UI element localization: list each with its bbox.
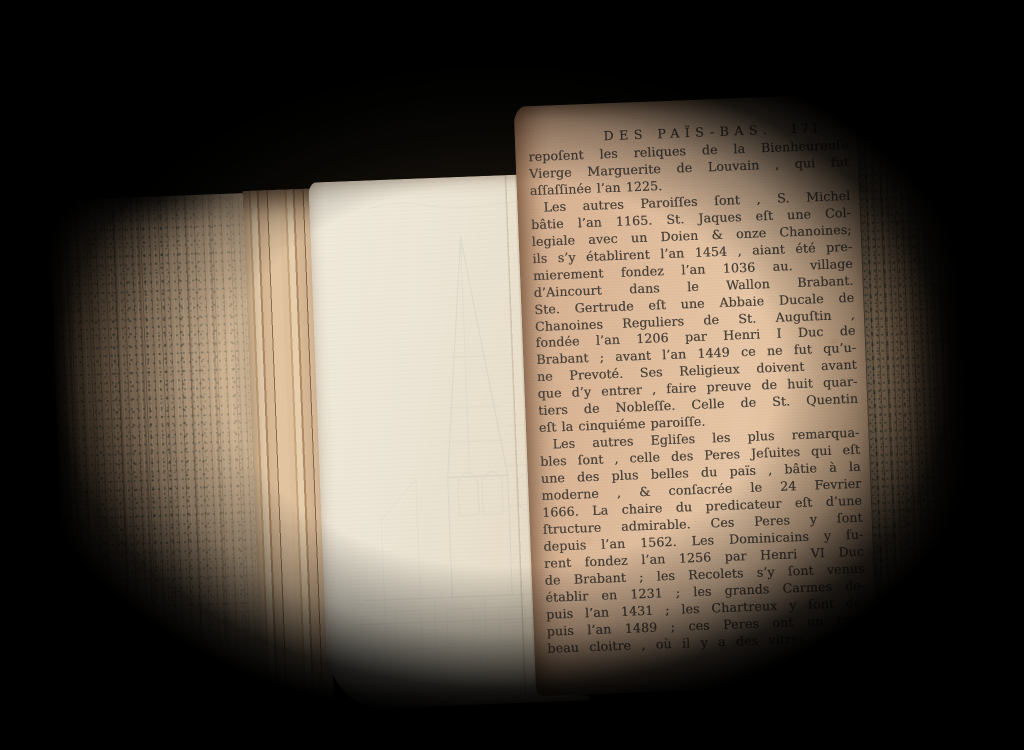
text-block: DES PAÏS-BAS. 171 repoſent les reliques …: [527, 118, 867, 657]
body-text: repoſent les reliques de la Bienheureuſe…: [528, 137, 867, 658]
right-page: DES PAÏS-BAS. 171 repoſent les reliques …: [514, 93, 890, 696]
left-page-edges: [49, 193, 267, 714]
photo-background: DES PAÏS-BAS. 171 repoſent les reliques …: [0, 0, 1024, 750]
page-number: 171: [790, 119, 822, 138]
open-book: DES PAÏS-BAS. 171 repoſent les reliques …: [44, 88, 981, 723]
right-page-edges: [855, 72, 982, 684]
